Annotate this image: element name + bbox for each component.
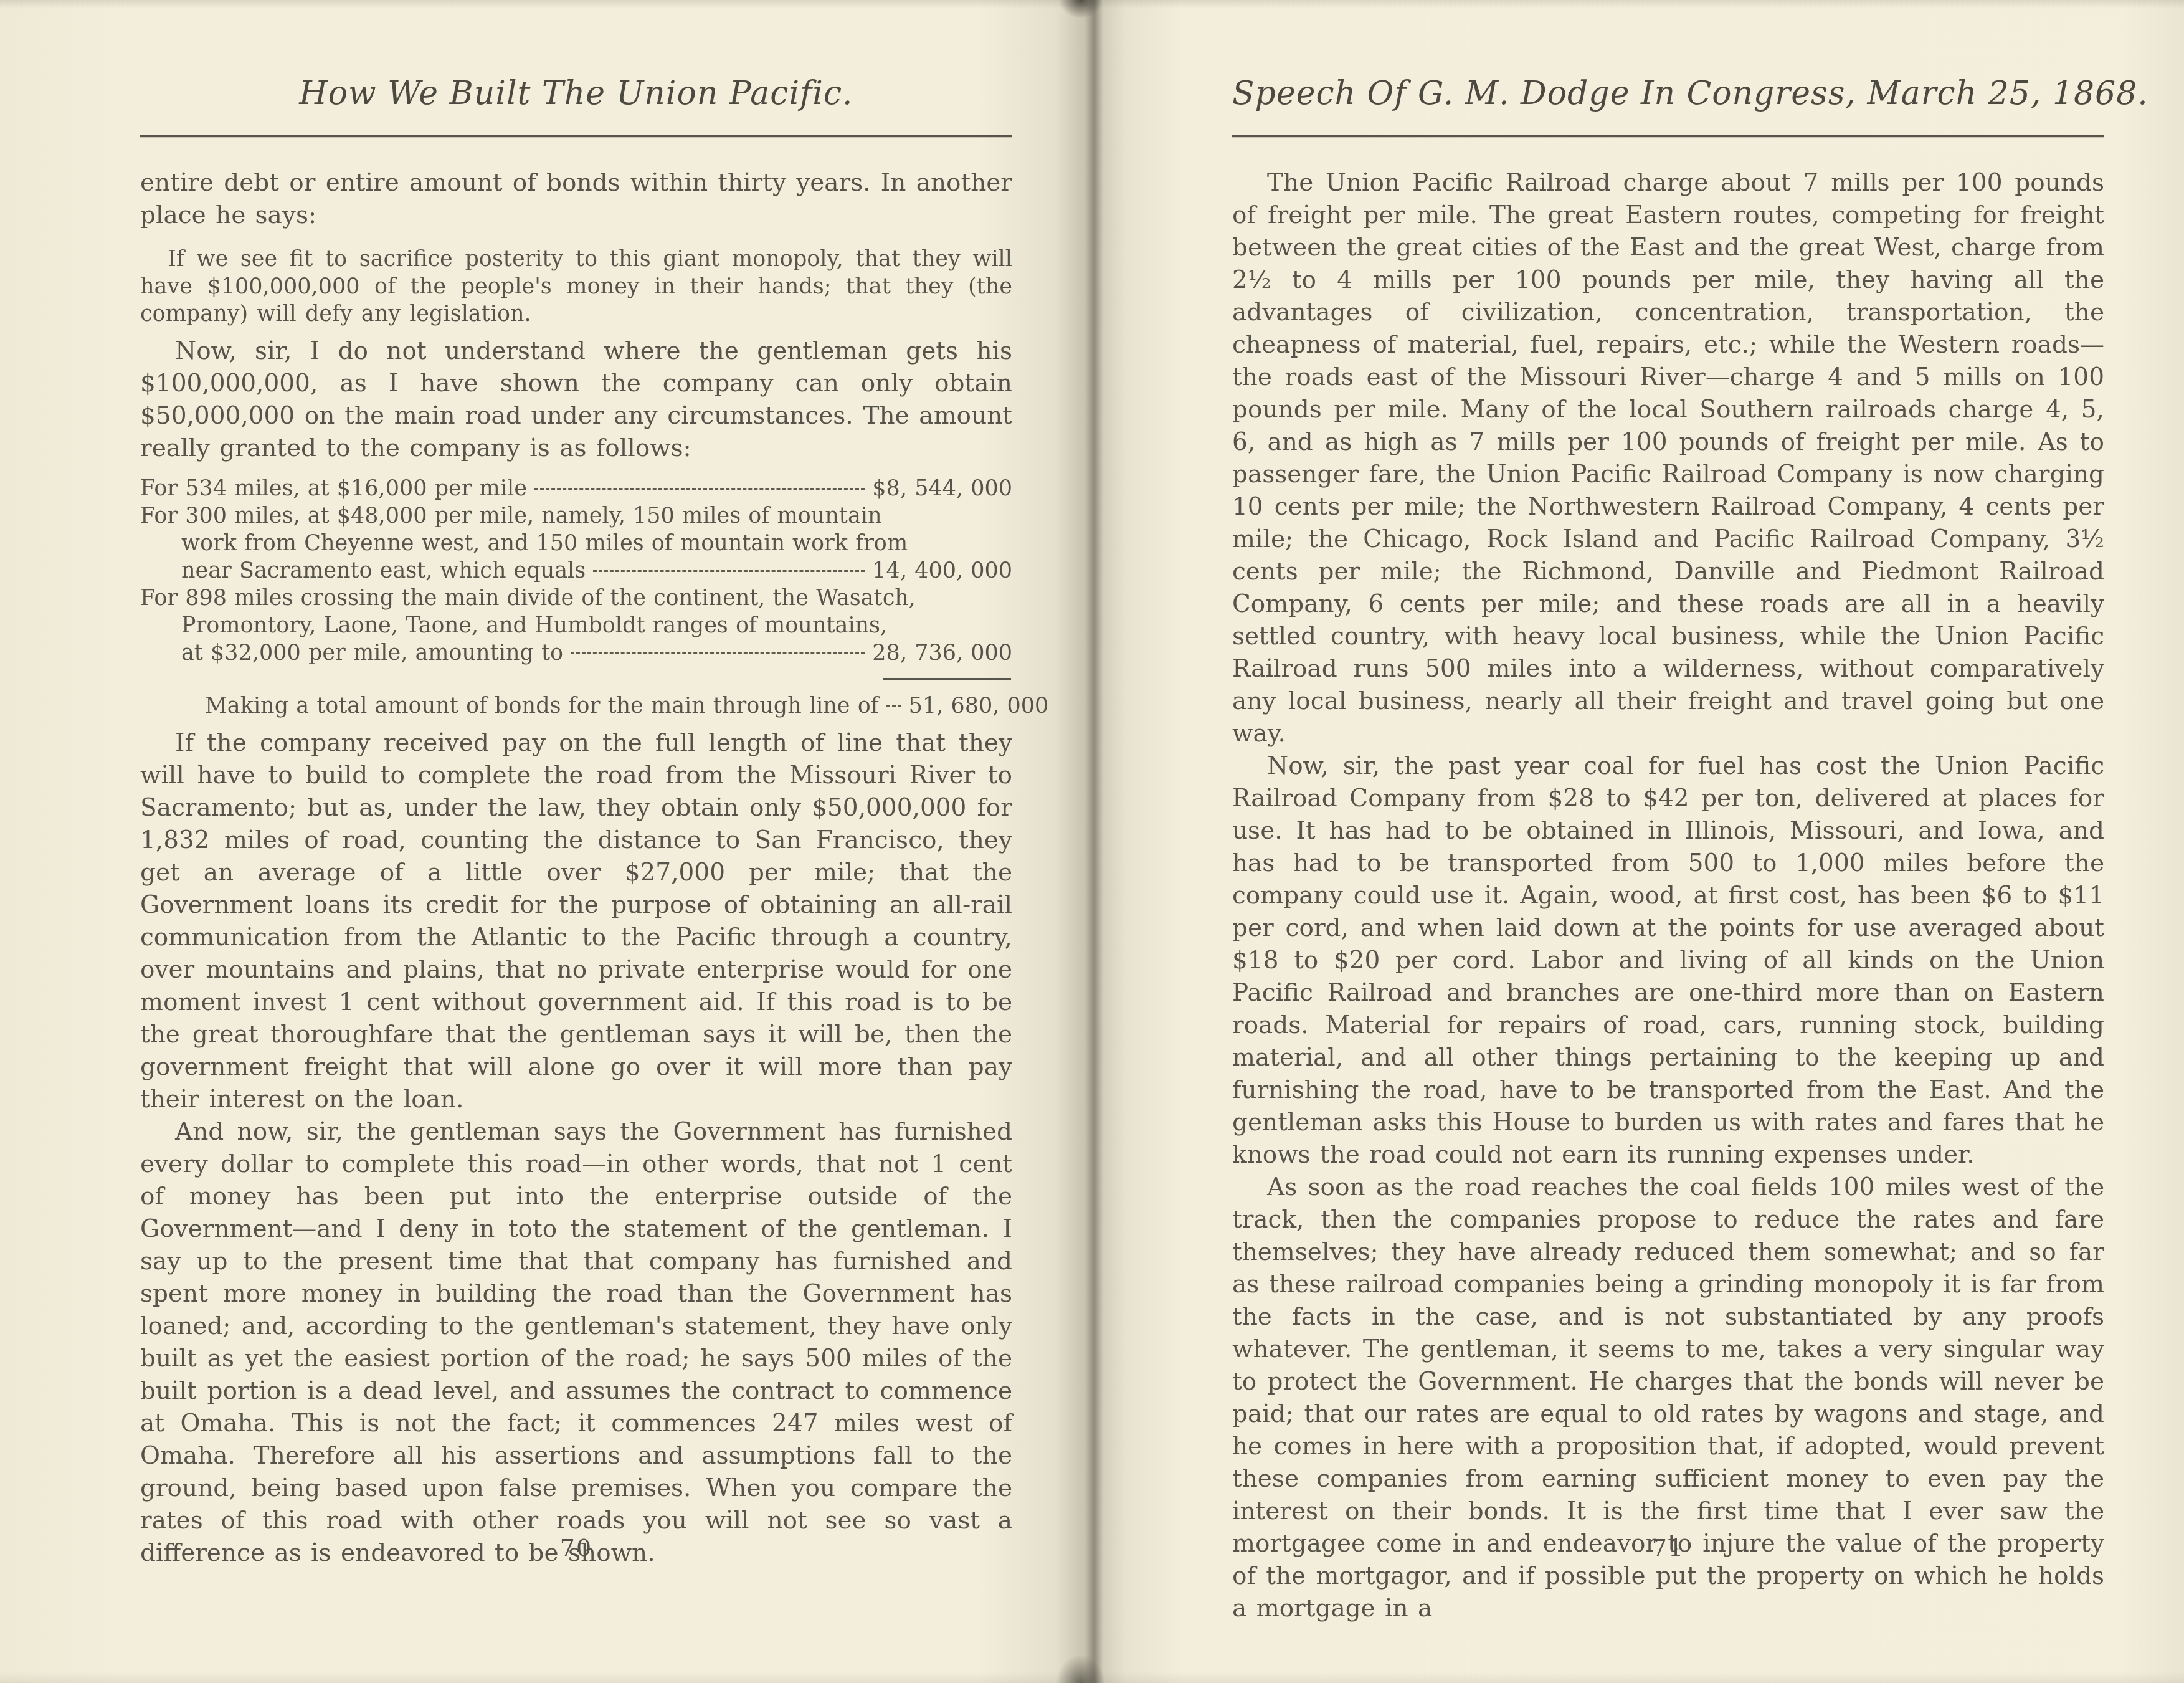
ledger-line: For 534 miles, at $16,000 per mile$8, 54… xyxy=(140,475,1012,502)
ledger-line: work from Cheyenne west, and 150 miles o… xyxy=(140,530,1012,557)
ledger-total-amount: 51, 680, 000 xyxy=(909,692,1049,720)
ledger-line: For 898 miles crossing the main divide o… xyxy=(140,584,1012,612)
ledger-line: For 300 miles, at $48,000 per mile, name… xyxy=(140,502,1012,530)
left-page-number: 70 xyxy=(140,1534,1012,1561)
ledger-line: near Sacramento east, which equals14, 40… xyxy=(140,557,1012,584)
ledger-line-text: at $32,000 per mile, amounting to xyxy=(181,639,563,667)
left-page-body: entire debt or entire amount of bonds wi… xyxy=(140,167,1012,1570)
left-page: How We Built The Union Pacific. entire d… xyxy=(140,74,1012,1570)
dashed-leader xyxy=(886,705,901,707)
right-page-body: The Union Pacific Railroad charge about … xyxy=(1232,167,2104,1625)
right-page-number: 71 xyxy=(1232,1534,2104,1561)
paragraph: And now, sir, the gentleman says the Gov… xyxy=(140,1116,1012,1570)
paragraph: entire debt or entire amount of bonds wi… xyxy=(140,167,1012,232)
ledger-amount: 14, 400, 000 xyxy=(872,557,1012,584)
paragraph: The Union Pacific Railroad charge about … xyxy=(1232,167,2104,750)
ledger-amount: $8, 544, 000 xyxy=(872,475,1012,502)
ledger-amount: 28, 736, 000 xyxy=(872,639,1012,667)
ledger-line: Promontory, Laone, Taone, and Humboldt r… xyxy=(140,612,1012,639)
ledger-line-text: near Sacramento east, which equals xyxy=(181,557,586,584)
right-head-rule xyxy=(1232,135,2104,137)
dashed-leader xyxy=(593,570,865,572)
right-running-head: Speech Of G. M. Dodge In Congress, March… xyxy=(1232,74,2104,113)
ledger-total-line: Making a total amount of bonds for the m… xyxy=(140,692,1012,720)
paragraph: If the company received pay on the full … xyxy=(140,727,1012,1116)
paragraph: If we see fit to sacrifice posterity to … xyxy=(140,246,1012,328)
dashed-leader xyxy=(571,652,865,654)
paragraph: Now, sir, I do not understand where the … xyxy=(140,335,1012,465)
ledger-line: at $32,000 per mile, amounting to28, 736… xyxy=(140,639,1012,667)
book-spread: How We Built The Union Pacific. entire d… xyxy=(0,0,2184,1683)
ledger-line-text: For 534 miles, at $16,000 per mile xyxy=(140,475,527,502)
left-running-head: How We Built The Union Pacific. xyxy=(140,74,1012,113)
left-head-rule xyxy=(140,135,1012,137)
dashed-leader xyxy=(534,488,865,490)
ledger-total-text: Making a total amount of bonds for the m… xyxy=(205,692,879,720)
right-page: Speech Of G. M. Dodge In Congress, March… xyxy=(1232,74,2104,1625)
bond-ledger: For 534 miles, at $16,000 per mile$8, 54… xyxy=(140,475,1012,720)
paragraph: Now, sir, the past year coal for fuel ha… xyxy=(1232,750,2104,1171)
sum-rule xyxy=(883,678,1011,680)
